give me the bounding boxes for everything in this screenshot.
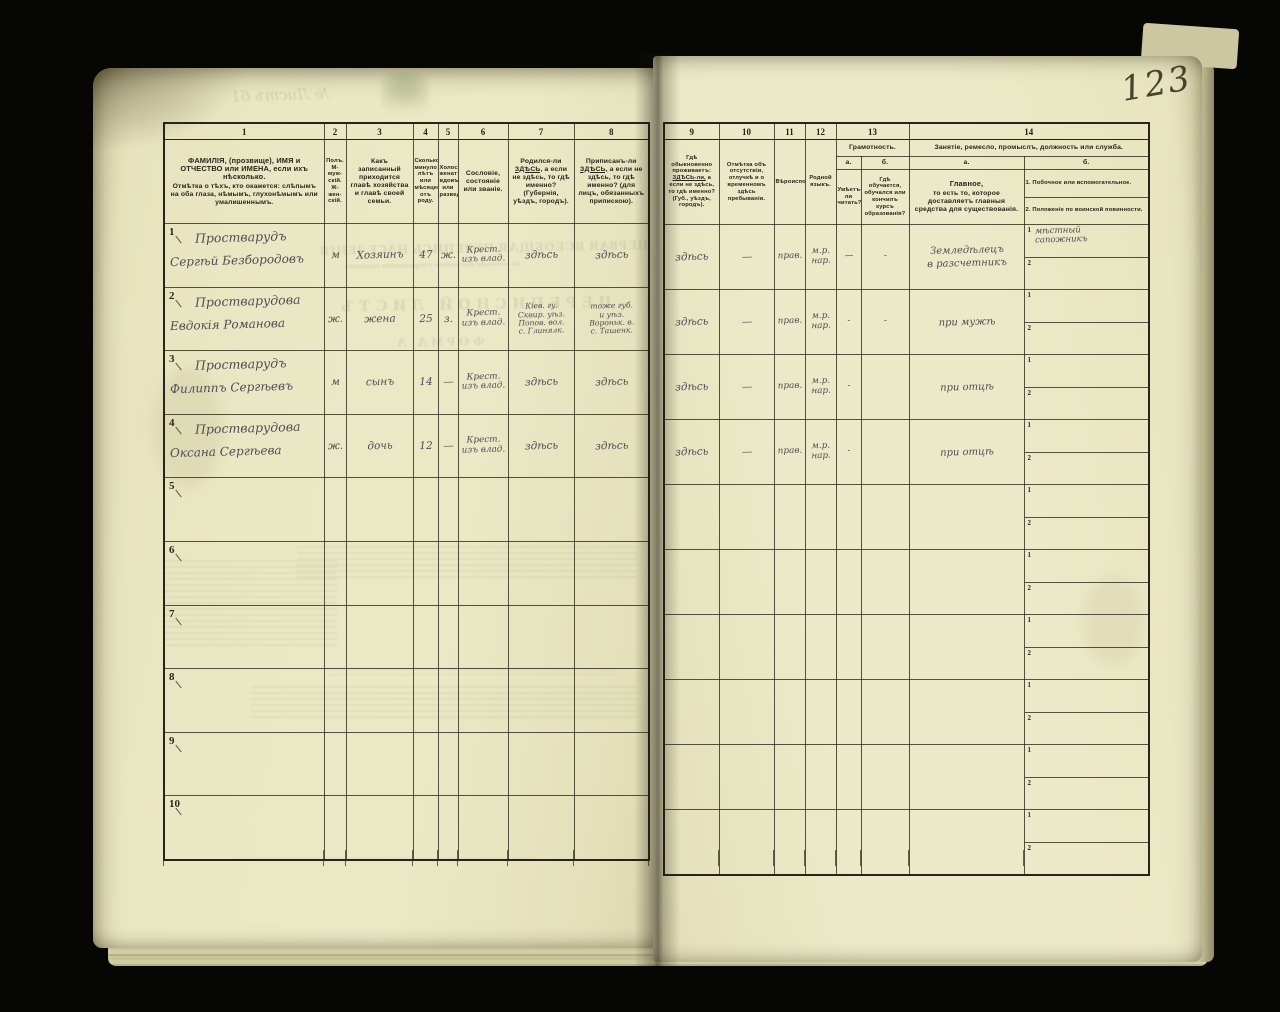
cell-absence xyxy=(719,745,774,810)
cell-absence: — xyxy=(719,225,774,290)
side-occupation-slot-1: 1 xyxy=(1025,485,1149,517)
cell-sex: ж. xyxy=(324,414,346,478)
cell-residence xyxy=(664,745,719,810)
cell-estate xyxy=(458,605,508,669)
cell-education xyxy=(861,355,909,420)
cell-estate: Крест.изъ влад. xyxy=(458,351,508,415)
cell-name: 5 xyxy=(164,478,324,542)
slot-index: 2 xyxy=(1028,389,1032,397)
cell-absence xyxy=(719,485,774,550)
cell-age: 14 xyxy=(413,351,438,415)
occupation: Земледѣлецъв разсчетникъ xyxy=(910,244,1024,270)
header-13b-letter: б. xyxy=(861,157,909,170)
occupation-line: в разсчетникъ xyxy=(909,255,1023,271)
row-number: 9 xyxy=(169,735,175,747)
cell-age xyxy=(413,732,438,796)
bleedthrough-margin-note: № Листъ 61 xyxy=(231,84,329,105)
cell-language xyxy=(805,810,836,876)
given-name: Филиппъ Сергѣевъ xyxy=(170,378,324,396)
cell-age xyxy=(413,478,438,542)
cell-marital-value: з. xyxy=(438,313,457,326)
cell-estate: Крест.изъ влад. xyxy=(458,287,508,351)
header-estate: Сословіе, состояніе или званіе. xyxy=(458,140,508,224)
cell-religion xyxy=(774,615,805,680)
cell-marital xyxy=(438,796,458,860)
book-spread: № Листъ 61 ПЕРВАЯ ВСЕОБЩАЯ ПЕРЕПИСЬ НАСЕ… xyxy=(0,0,1280,1012)
cell-name: 4ПростварудоваОксана Сергѣева xyxy=(164,414,324,478)
estate-line: изъ влад. xyxy=(458,318,507,329)
side-occupation-slot-1: 1 xyxy=(1025,810,1149,842)
cell-education-value: - xyxy=(861,252,908,263)
person-row-left: 3ПростварудъФилиппъ Сергѣевъмсынъ14—Крес… xyxy=(164,351,649,415)
cell-relation-value: жена xyxy=(346,312,412,326)
column-line-stub xyxy=(1023,850,1024,866)
slot-index: 2 xyxy=(1028,519,1032,527)
cell-relation: Хозяинъ xyxy=(346,224,413,288)
cell-marital-value: ж. xyxy=(438,249,457,262)
cell-age: 12 xyxy=(413,414,438,478)
cell-marital xyxy=(438,478,458,542)
cell-side-occupation: 12 xyxy=(1024,810,1149,876)
slot-index: 2 xyxy=(1028,779,1032,787)
person-row-right: 12 xyxy=(664,680,1149,745)
slot-index: 1 xyxy=(1028,811,1032,819)
slot-index: 1 xyxy=(1028,356,1032,364)
cell-religion xyxy=(774,810,805,876)
imperial-eagle-watermark xyxy=(381,72,429,114)
cell-relation xyxy=(346,732,413,796)
cell-registration: тоже губ.и уѣз.Вороньк. в.с. Ташенк. xyxy=(574,287,649,351)
cell-residence-value: здѣсь xyxy=(665,315,719,328)
cell-marital xyxy=(438,669,458,733)
cell-birthplace: Кіев. гу.Сквир. уѣз.Попов. вол.с. Глинял… xyxy=(508,287,574,351)
cell-absence: — xyxy=(719,290,774,355)
cell-registration: здѣсь xyxy=(574,351,649,415)
cell-residence xyxy=(664,485,719,550)
header-absence: Отмѣтка объ отсутствіи, отлучкѣ и о врем… xyxy=(719,140,774,225)
header-marital: Холостъ, женатъ, вдовъ или разведенъ. xyxy=(438,140,458,224)
cell-relation xyxy=(346,605,413,669)
cell-registration xyxy=(574,478,649,542)
cell-residence: здѣсь xyxy=(664,420,719,485)
cell-main-occupation: при отцѣ xyxy=(909,420,1024,485)
cell-side-occupation: 12 xyxy=(1024,290,1149,355)
cell-absence: — xyxy=(719,355,774,420)
occupation: при отцѣ xyxy=(910,446,1024,459)
side-occupation-slot-1: 1 xyxy=(1025,290,1149,322)
cell-name: 6 xyxy=(164,541,324,605)
column-line-stub xyxy=(718,850,719,866)
side-occupation-slot-2: 2 xyxy=(1025,842,1149,875)
cell-relation-value: Хозяинъ xyxy=(346,248,412,262)
col-num-5: 5 xyxy=(438,123,458,140)
cell-absence xyxy=(719,550,774,615)
column-line-stub xyxy=(507,850,508,866)
cell-side-occupation: 12 xyxy=(1024,615,1149,680)
cell-sex: ж. xyxy=(324,287,346,351)
slot-index: 2 xyxy=(1028,584,1032,592)
cell-relation: сынъ xyxy=(346,351,413,415)
cell-can-read: - xyxy=(836,420,861,485)
birthplace-line: здѣсь xyxy=(508,248,573,262)
person-row-left: 2ПростварудоваЕвдокія Романоваж.жена25з.… xyxy=(164,287,649,351)
side-occupation-slot-2: 2 xyxy=(1025,777,1149,810)
cell-religion xyxy=(774,550,805,615)
occupation-line: при мужѣ xyxy=(909,314,1023,330)
column-line-stub xyxy=(163,850,164,866)
cell-sex xyxy=(324,732,346,796)
side-occupation-slot-2: 2 xyxy=(1025,582,1149,615)
person-row-left: 5 xyxy=(164,478,649,542)
cell-birthplace xyxy=(508,669,574,733)
estate-line: изъ влад. xyxy=(458,255,507,266)
cell-marital: — xyxy=(438,351,458,415)
side-occupation-slot-1: 1 xyxy=(1025,550,1149,582)
cell-age xyxy=(413,541,438,605)
column-line-stub xyxy=(908,850,909,866)
column-line-stub xyxy=(412,850,413,866)
cell-can-read-value: - xyxy=(836,317,860,327)
cell-age: 47 xyxy=(413,224,438,288)
cell-can-read-value: — xyxy=(836,252,860,262)
col-num-11: 11 xyxy=(774,123,805,140)
slot-index: 1 xyxy=(1028,421,1032,429)
person-row-left: 6 xyxy=(164,541,649,605)
cell-language-value: м.р. нар. xyxy=(805,377,836,397)
cell-relation xyxy=(346,669,413,733)
cell-residence xyxy=(664,680,719,745)
cell-birthplace xyxy=(508,541,574,605)
registration: здѣсь xyxy=(575,249,649,261)
cell-name: 8 xyxy=(164,669,324,733)
person-row-right: 12 xyxy=(664,615,1149,680)
cell-registration xyxy=(574,796,649,860)
cell-age xyxy=(413,605,438,669)
slot-index: 2 xyxy=(1028,844,1032,852)
cell-main-occupation xyxy=(909,550,1024,615)
slot-index: 1 xyxy=(1028,551,1032,559)
cell-religion xyxy=(774,680,805,745)
cell-relation xyxy=(346,796,413,860)
slot-index: 1 xyxy=(1028,746,1032,754)
cell-residence-value: здѣсь xyxy=(665,380,719,393)
cell-language xyxy=(805,615,836,680)
cell-education xyxy=(861,550,909,615)
cell-sex xyxy=(324,541,346,605)
column-line-stub xyxy=(663,850,664,866)
cell-sex-value: м xyxy=(324,249,345,262)
cell-religion-value: прав. xyxy=(774,317,804,327)
header-relation: Какъ записанный приходится главѣ хозяйст… xyxy=(346,140,413,224)
page-number: 123 xyxy=(1118,58,1195,110)
cell-side-occupation: 12 xyxy=(1024,485,1149,550)
cell-education: - xyxy=(861,225,909,290)
person-row-right: здѣсь—прав.м.р. нар.-при отцѣ12 xyxy=(664,355,1149,420)
cell-can-read xyxy=(836,810,861,876)
person-row-right: 12 xyxy=(664,485,1149,550)
cell-registration xyxy=(574,541,649,605)
registration: тоже губ.и уѣз.Вороньк. в.с. Ташенк. xyxy=(575,302,649,335)
occupation-line: при отцѣ xyxy=(909,444,1023,460)
slot-index: 1 xyxy=(1028,486,1032,494)
cell-main-occupation: Земледѣлецъв разсчетникъ xyxy=(909,225,1024,290)
cell-religion xyxy=(774,485,805,550)
cell-can-read xyxy=(836,550,861,615)
header-can-read: Умѣетъ-ли читать? xyxy=(836,170,861,225)
registration-line: с. Ташенк. xyxy=(574,326,648,336)
header-occupation-group: Занятіе, ремесло, промыслъ, должность ил… xyxy=(909,140,1149,157)
cell-education xyxy=(861,680,909,745)
cell-registration: здѣсь xyxy=(574,414,649,478)
side-occupation-slot-2: 2 xyxy=(1025,322,1149,355)
occupation-line: при отцѣ xyxy=(909,379,1023,395)
birthplace-line: здѣсь xyxy=(508,376,573,390)
side-occupation-slot-2: 2 xyxy=(1025,517,1149,550)
cell-name: 10 xyxy=(164,796,324,860)
registration: здѣсь xyxy=(575,440,649,452)
person-row-right: 12 xyxy=(664,550,1149,615)
person-row-left: 7 xyxy=(164,605,649,669)
cell-language xyxy=(805,745,836,810)
cell-residence-value: здѣсь xyxy=(665,445,719,458)
slot-index: 2 xyxy=(1028,259,1032,267)
cell-marital-value: — xyxy=(438,376,457,389)
cell-main-occupation: при отцѣ xyxy=(909,355,1024,420)
cell-residence xyxy=(664,550,719,615)
header-age: Сколько минуло лѣтъ или мѣсяцевъ отъ род… xyxy=(413,140,438,224)
cell-name: 2ПростварудоваЕвдокія Романова xyxy=(164,287,324,351)
cell-education xyxy=(861,485,909,550)
cell-sex xyxy=(324,796,346,860)
registration-line: здѣсь xyxy=(574,248,648,262)
slot-index: 1 xyxy=(1028,681,1032,689)
cell-estate xyxy=(458,541,508,605)
cell-birthplace: здѣсь xyxy=(508,351,574,415)
cell-education-value: - xyxy=(861,317,908,328)
cell-marital: ж. xyxy=(438,224,458,288)
cell-name: 1ПростварудъСергѣй Безбородовъ xyxy=(164,224,324,288)
side-occupation-slot-2: 2 xyxy=(1025,387,1149,420)
cell-marital-value: — xyxy=(438,440,457,453)
column-number-strip: 1 2 3 4 5 6 7 8 xyxy=(164,123,649,140)
col-num-3: 3 xyxy=(346,123,413,140)
cell-main-occupation xyxy=(909,745,1024,810)
row-number: 6 xyxy=(169,544,175,556)
cell-main-occupation: при мужѣ xyxy=(909,290,1024,355)
cell-absence-value: — xyxy=(719,445,773,459)
census-table-right: 9 10 11 12 13 14 Гдѣ обыкновенно прожива… xyxy=(663,122,1150,876)
cell-estate xyxy=(458,478,508,542)
cell-can-read xyxy=(836,615,861,680)
person-row-right: здѣсь—прав.м.р. нар.—-Земледѣлецъв разсч… xyxy=(664,225,1149,290)
cell-can-read-value: - xyxy=(836,382,860,392)
cell-estate: Крест.изъ влад. xyxy=(458,224,508,288)
cell-can-read xyxy=(836,680,861,745)
col-num-8: 8 xyxy=(574,123,649,140)
column-line-stub xyxy=(804,850,805,866)
col-num-9: 9 xyxy=(664,123,719,140)
row-number: 3 xyxy=(169,353,175,365)
cell-residence: здѣсь xyxy=(664,290,719,355)
cell-sex xyxy=(324,478,346,542)
header-14a-letter: а. xyxy=(909,157,1024,170)
cell-religion xyxy=(774,745,805,810)
cell-age-value: 14 xyxy=(413,376,437,389)
cell-birthplace xyxy=(508,605,574,669)
header-religion: Вѣроисповѣданіе. xyxy=(774,140,805,225)
cell-age xyxy=(413,796,438,860)
cell-age-value: 12 xyxy=(413,440,437,453)
cell-absence-value: — xyxy=(719,315,773,329)
cell-residence xyxy=(664,810,719,876)
person-row-left: 1ПростварудъСергѣй БезбородовъмХозяинъ47… xyxy=(164,224,649,288)
cell-marital xyxy=(438,541,458,605)
cell-education xyxy=(861,420,909,485)
side-occupation-slot-1: 1мѣстныйсапожникъ xyxy=(1025,225,1149,257)
cell-side-occupation: 12 xyxy=(1024,680,1149,745)
column-line-stub xyxy=(345,850,346,866)
side-occupation-slot-1: 1 xyxy=(1025,420,1149,452)
slot-index: 2 xyxy=(1028,454,1032,462)
cell-relation: жена xyxy=(346,287,413,351)
col-num-10: 10 xyxy=(719,123,774,140)
given-name: Оксана Сергѣева xyxy=(170,442,324,460)
cell-side-occupation: 12 xyxy=(1024,550,1149,615)
cell-absence xyxy=(719,810,774,876)
row-number: 1 xyxy=(169,226,175,238)
col-num-12: 12 xyxy=(805,123,836,140)
slot-index: 2 xyxy=(1028,714,1032,722)
header-side-occupation: 1. Побочное или вспомогательное. 2. Поло… xyxy=(1024,170,1149,225)
person-row-left: 4ПростварудоваОксана Сергѣеваж.дочь12—Кр… xyxy=(164,414,649,478)
surname: Простварудова xyxy=(195,418,324,437)
side-occupation-slot-1: 1 xyxy=(1025,680,1149,712)
cell-religion-value: прав. xyxy=(774,252,804,262)
col-num-7: 7 xyxy=(508,123,574,140)
surname: Простварудъ xyxy=(195,227,324,246)
header-residence: Гдѣ обыкновенно проживаетъ: ЗДѢСЬ-ли, а … xyxy=(664,140,719,225)
cell-can-read: - xyxy=(836,355,861,420)
right-page: 123 9 10 11 12 13 14 Гдѣ обыкновенно про… xyxy=(653,56,1202,962)
estate-line: изъ влад. xyxy=(458,445,507,456)
cell-absence xyxy=(719,680,774,745)
given-name: Евдокія Романова xyxy=(170,314,324,332)
cell-absence-value: — xyxy=(719,250,773,264)
side-occupation-slot-1: 1 xyxy=(1025,615,1149,647)
cell-birthplace: здѣсь xyxy=(508,224,574,288)
side-occupation-slot-1: 1 xyxy=(1025,355,1149,387)
surname: Простварудова xyxy=(195,291,324,310)
cell-side-occupation: 12 xyxy=(1024,420,1149,485)
registration-line: здѣсь xyxy=(574,439,648,453)
cell-sex xyxy=(324,605,346,669)
cell-religion: прав. xyxy=(774,290,805,355)
cell-language-value: м.р. нар. xyxy=(805,312,836,332)
col-num-13: 13 xyxy=(836,123,909,140)
cell-marital: — xyxy=(438,414,458,478)
header-education: Гдѣ обучается, обучался или кончилъ курс… xyxy=(861,170,909,225)
estate: Крест.изъ влад. xyxy=(459,436,508,455)
cell-estate xyxy=(458,669,508,733)
cell-residence xyxy=(664,615,719,680)
birthplace: здѣсь xyxy=(509,376,574,388)
cell-absence-value: — xyxy=(719,380,773,394)
cell-registration xyxy=(574,605,649,669)
column-line-stub xyxy=(648,850,649,866)
cell-birthplace xyxy=(508,732,574,796)
cell-relation-value: сынъ xyxy=(346,376,412,390)
person-row-left: 8 xyxy=(164,669,649,733)
cell-religion: прав. xyxy=(774,420,805,485)
birthplace: здѣсь xyxy=(509,249,574,261)
cell-estate xyxy=(458,732,508,796)
column-line-stub xyxy=(773,850,774,866)
side-occupation-slot-2: 2 xyxy=(1025,257,1149,290)
surname: Простварудъ xyxy=(195,354,324,373)
occupation: при мужѣ xyxy=(910,316,1024,329)
column-line-stub xyxy=(457,850,458,866)
header-sex: Полъ. М-муж-скій. Ж-жен-скій. xyxy=(324,140,346,224)
cell-registration: здѣсь xyxy=(574,224,649,288)
occupation: при отцѣ xyxy=(910,381,1024,394)
side-occupation-line: сапожникъ xyxy=(1034,233,1146,245)
person-row-right: 12 xyxy=(664,745,1149,810)
cell-residence: здѣсь xyxy=(664,225,719,290)
cell-age xyxy=(413,669,438,733)
cell-absence xyxy=(719,615,774,680)
birthplace: здѣсь xyxy=(509,440,574,452)
slot-index: 1 xyxy=(1028,291,1032,299)
slot-index: 1 xyxy=(1028,226,1032,234)
person-row-left: 9 xyxy=(164,732,649,796)
slot-index: 2 xyxy=(1028,324,1032,332)
col-num-6: 6 xyxy=(458,123,508,140)
cell-language xyxy=(805,485,836,550)
side-occupation-slot-2: 2 xyxy=(1025,452,1149,485)
cell-can-read: — xyxy=(836,225,861,290)
cell-registration xyxy=(574,732,649,796)
cell-can-read: - xyxy=(836,290,861,355)
cell-education xyxy=(861,615,909,680)
cell-can-read-value: - xyxy=(836,447,860,457)
slot-index: 1 xyxy=(1028,616,1032,624)
census-table-left: 1 2 3 4 5 6 7 8 ФАМИЛІЯ, (прозвище), ИМЯ… xyxy=(163,122,650,861)
row-number: 5 xyxy=(169,480,175,492)
cell-main-occupation xyxy=(909,485,1024,550)
header-language: Родной языкъ. xyxy=(805,140,836,225)
cell-main-occupation xyxy=(909,810,1024,876)
cell-estate xyxy=(458,796,508,860)
col-num-14: 14 xyxy=(909,123,1149,140)
cell-relation xyxy=(346,478,413,542)
cell-residence: здѣсь xyxy=(664,355,719,420)
slot-index: 2 xyxy=(1028,649,1032,657)
column-line-stub xyxy=(573,850,574,866)
left-page: № Листъ 61 ПЕРВАЯ ВСЕОБЩАЯ ПЕРЕПИСЬ НАСЕ… xyxy=(93,68,655,948)
cell-language: м.р. нар. xyxy=(805,355,836,420)
column-line-stub xyxy=(835,850,836,866)
cell-language xyxy=(805,680,836,745)
estate: Крест.изъ влад. xyxy=(459,309,508,328)
cell-language: м.р. нар. xyxy=(805,225,836,290)
column-number-strip: 9 10 11 12 13 14 xyxy=(664,123,1149,140)
cell-name: 3ПростварудъФилиппъ Сергѣевъ xyxy=(164,351,324,415)
cell-can-read xyxy=(836,485,861,550)
cell-language xyxy=(805,550,836,615)
cell-side-occupation: 12 xyxy=(1024,355,1149,420)
cell-sex: м xyxy=(324,224,346,288)
cell-main-occupation xyxy=(909,615,1024,680)
